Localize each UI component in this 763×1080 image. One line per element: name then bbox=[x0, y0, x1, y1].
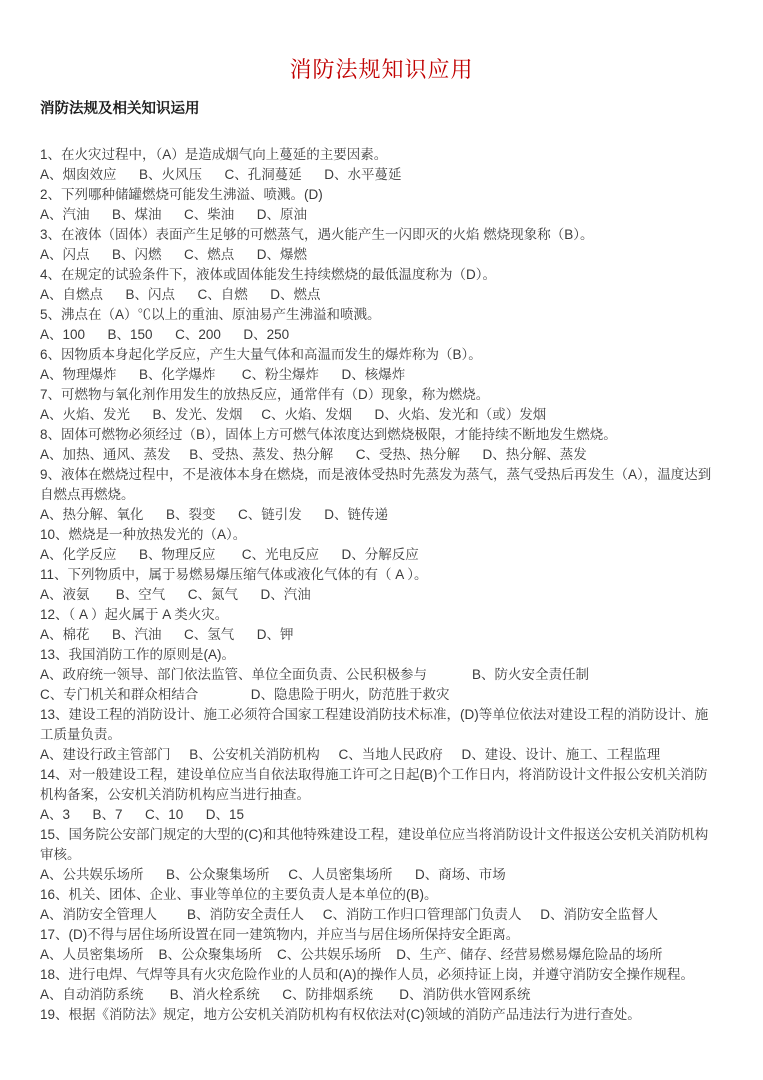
doc-title: 消防法规知识应用 bbox=[0, 58, 763, 82]
question-text: 13、建设工程的消防设计、施工必须符合国家工程建设消防技术标准，(D)等单位依法… bbox=[40, 705, 723, 725]
question-text: 5、沸点在（A）℃以上的重油、原油易产生沸溢和喷溅。 bbox=[40, 305, 723, 325]
document-page: 消防法规知识应用 消防法规及相关知识运用 1、在火灾过程中，（A）是造成烟气向上… bbox=[0, 0, 763, 1080]
question-text: 9、液体在燃烧过程中，不是液体本身在燃烧，而是液体受热时先蒸发为蒸气，蒸气受热后… bbox=[40, 465, 723, 485]
question-line: C、专门机关和群众相结合 D、隐患险于明火，防范胜于救灾 bbox=[40, 685, 723, 705]
question-text: 2、下列哪种储罐燃烧可能发生沸溢、喷溅。(D) bbox=[40, 185, 723, 205]
question-line: A、建设行政主管部门 B、公安机关消防机构 C、当地人民政府 D、建设、设计、施… bbox=[40, 745, 723, 765]
question-text: 18、进行电焊、气焊等具有火灾危险作业的人员和(A)的操作人员，必须持证上岗，并… bbox=[40, 965, 723, 985]
question-line: A、棉花 B、汽油 C、氢气 D、钾 bbox=[40, 625, 723, 645]
question-line: A、公共娱乐场所 B、公众聚集场所 C、人员密集场所 D、商场、市场 bbox=[40, 865, 723, 885]
question-line: A、自动消防系统 B、消火栓系统 C、防排烟系统 D、消防供水管网系统 bbox=[40, 985, 723, 1005]
question-text: 13、我国消防工作的原则是(A)。 bbox=[40, 645, 723, 665]
question-line: A、物理爆炸 B、化学爆炸 C、粉尘爆炸 D、核爆炸 bbox=[40, 365, 723, 385]
question-line: 自燃点再燃烧。 bbox=[40, 485, 723, 505]
question-text: 7、可燃物与氧化剂作用发生的放热反应，通常伴有（D）现象，称为燃烧。 bbox=[40, 385, 723, 405]
question-text: 19、根据《消防法》规定，地方公安机关消防机构有权依法对(C)领域的消防产品违法… bbox=[40, 1005, 723, 1025]
question-text: 1、在火灾过程中，（A）是造成烟气向上蔓延的主要因素。 bbox=[40, 145, 723, 165]
doc-heading: 消防法规及相关知识运用 bbox=[0, 100, 763, 118]
question-text: 11、下列物质中，属于易燃易爆压缩气体或液化气体的有（ A ）。 bbox=[40, 565, 723, 585]
question-line: A、消防安全管理人 B、消防安全责任人 C、消防工作归口管理部门负责人 D、消防… bbox=[40, 905, 723, 925]
question-line: A、烟囱效应 B、火风压 C、孔洞蔓延 D、水平蔓延 bbox=[40, 165, 723, 185]
question-list: 1、在火灾过程中，（A）是造成烟气向上蔓延的主要因素。A、烟囱效应 B、火风压 … bbox=[0, 145, 763, 1025]
question-line: A、3 B、7 C、10 D、15 bbox=[40, 805, 723, 825]
question-line: A、热分解、氧化 B、裂变 C、链引发 D、链传递 bbox=[40, 505, 723, 525]
question-text: 15、国务院公安部门规定的大型的(C)和其他特殊建设工程，建设单位应当将消防设计… bbox=[40, 825, 723, 845]
question-line: A、自燃点 B、闪点 C、自燃 D、燃点 bbox=[40, 285, 723, 305]
question-line: 机构备案，公安机关消防机构应当进行抽查。 bbox=[40, 785, 723, 805]
question-line: A、100 B、150 C、200 D、250 bbox=[40, 325, 723, 345]
question-line: 审核。 bbox=[40, 845, 723, 865]
question-line: A、火焰、发光 B、发光、发烟 C、火焰、发烟 D、火焰、发光和（或）发烟 bbox=[40, 405, 723, 425]
question-line: A、液氨 B、空气 C、氮气 D、汽油 bbox=[40, 585, 723, 605]
question-line: A、政府统一领导、部门依法监管、单位全面负责、公民积极参与 B、防火安全责任制 bbox=[40, 665, 723, 685]
question-text: 17、(D)不得与居住场所设置在同一建筑物内，并应当与居住场所保持安全距离。 bbox=[40, 925, 723, 945]
question-line: A、人员密集场所 B、公众聚集场所 C、公共娱乐场所 D、生产、储存、经营易燃易… bbox=[40, 945, 723, 965]
question-line: 工质量负责。 bbox=[40, 725, 723, 745]
question-text: 6、因物质本身起化学反应，产生大量气体和高温而发生的爆炸称为（B）。 bbox=[40, 345, 723, 365]
question-text: 14、对一般建设工程，建设单位应当自依法取得施工许可之日起(B)个工作日内，将消… bbox=[40, 765, 723, 785]
question-line: A、加热、通风、蒸发 B、受热、蒸发、热分解 C、受热、热分解 D、热分解、蒸发 bbox=[40, 445, 723, 465]
question-text: 3、在液体（固体）表面产生足够的可燃蒸气，遇火能产生一闪即灭的火焰 燃烧现象称（… bbox=[40, 225, 723, 245]
question-text: 16、机关、团体、企业、事业等单位的主要负责人是本单位的(B)。 bbox=[40, 885, 723, 905]
question-line: A、汽油 B、煤油 C、柴油 D、原油 bbox=[40, 205, 723, 225]
question-line: A、闪点 B、闪燃 C、燃点 D、爆燃 bbox=[40, 245, 723, 265]
question-text: 10、燃烧是一种放热发光的（A）。 bbox=[40, 525, 723, 545]
question-text: 4、在规定的试验条件下，液体或固体能发生持续燃烧的最低温度称为（D）。 bbox=[40, 265, 723, 285]
question-text: 12、（ A ）起火属于 A 类火灾。 bbox=[40, 605, 723, 625]
question-text: 8、固体可燃物必须经过（B），固体上方可燃气体浓度达到燃烧极限，才能持续不断地发… bbox=[40, 425, 723, 445]
question-line: A、化学反应 B、物理反应 C、光电反应 D、分解反应 bbox=[40, 545, 723, 565]
